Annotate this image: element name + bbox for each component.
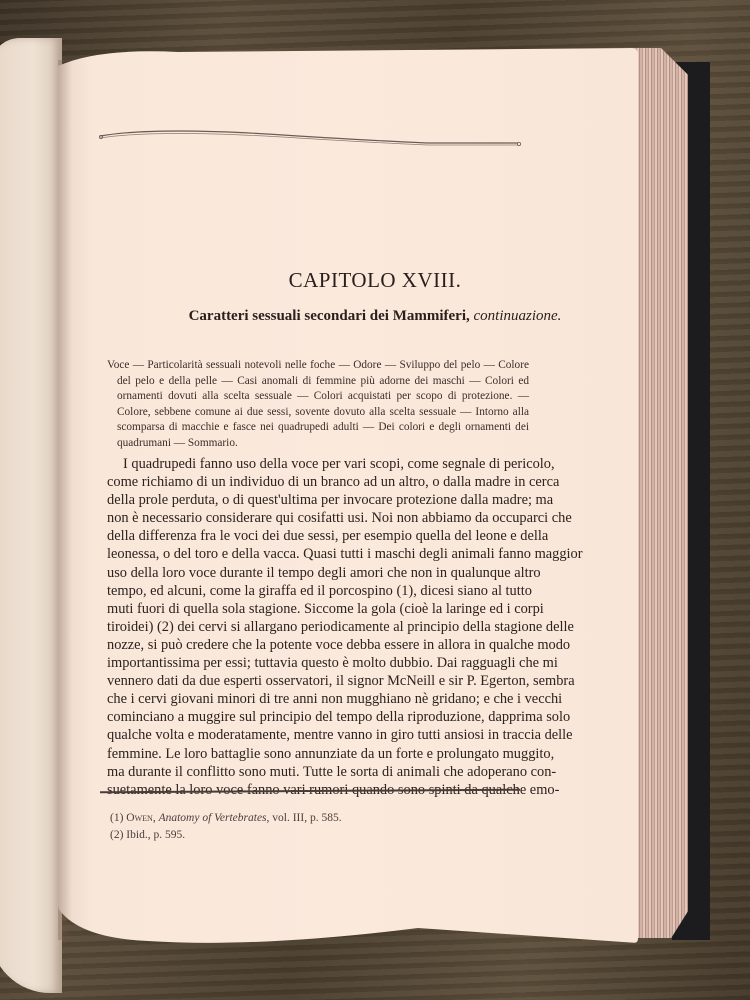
footnote-marker: (2) <box>110 829 123 841</box>
footnote-marker: (1) <box>110 812 123 824</box>
subtitle-main: Caratteri sessuali secondari dei Mammife… <box>189 308 474 324</box>
footnote-1: (1) Owen, Anatomy of Vertebrates, vol. I… <box>110 810 342 827</box>
subtitle-italic: continuazione. <box>474 308 562 324</box>
text-line: non è necessario considerare qui cosifat… <box>107 509 519 527</box>
book-gutter-shadow <box>58 60 72 940</box>
text-line: che i cervi giovani minori di tre anni n… <box>107 690 519 708</box>
footnote-reference: , vol. III, p. 585. <box>267 812 342 824</box>
text-line: importantissima per essi; tuttavia quest… <box>107 654 519 672</box>
footnote-title: Anatomy of Vertebrates <box>159 812 267 824</box>
footnote-author: Owen <box>126 812 153 824</box>
text-line: tempo, ed alcuni, come la giraffa ed il … <box>107 582 519 600</box>
text-line: nozze, si può credere che la potente voc… <box>107 636 519 654</box>
text-line: della differenza fra le voci dei due ses… <box>107 527 519 545</box>
text-line: uso della loro voce durante il tempo deg… <box>107 564 519 582</box>
text-line: qualche volta e moderatamente, mentre va… <box>107 726 519 744</box>
text-line: ma durante il conflitto sono muti. Tutte… <box>107 763 519 781</box>
text-line: della prole perduta, o di quest'ultima p… <box>107 491 519 509</box>
text-line: come richiamo di un individuo di un bran… <box>107 473 519 491</box>
text-line: femmine. Le loro battaglie sono annunzia… <box>107 745 519 763</box>
body-text: I quadrupedi fanno uso della voce per va… <box>107 455 519 799</box>
text-line: vennero dati da due esperti osservatori,… <box>107 672 519 690</box>
text-line: I quadrupedi fanno uso della voce per va… <box>107 455 519 473</box>
text-line: cominciano a muggire sul principio del t… <box>107 708 519 726</box>
footnote-reference: Ibid., p. 595. <box>126 829 185 841</box>
text-line: leonessa, o del toro e della vacca. Quas… <box>107 545 519 563</box>
chapter-subtitle: Caratteri sessuali secondari dei Mammife… <box>0 308 750 325</box>
text-line: tiroidei) (2) dei cervi si allargano per… <box>107 618 519 636</box>
chapter-title: CAPITOLO XVIII. <box>0 268 750 293</box>
chapter-summary: Voce — Particolarità sessuali notevoli n… <box>107 358 529 452</box>
footnote-2: (2) Ibid., p. 595. <box>110 827 342 844</box>
footnotes: (1) Owen, Anatomy of Vertebrates, vol. I… <box>110 810 342 844</box>
text-line: muti fuori di quella sola stagione. Sicc… <box>107 600 519 618</box>
decorative-rule-ornament <box>98 128 523 148</box>
left-page-edge <box>0 38 62 993</box>
